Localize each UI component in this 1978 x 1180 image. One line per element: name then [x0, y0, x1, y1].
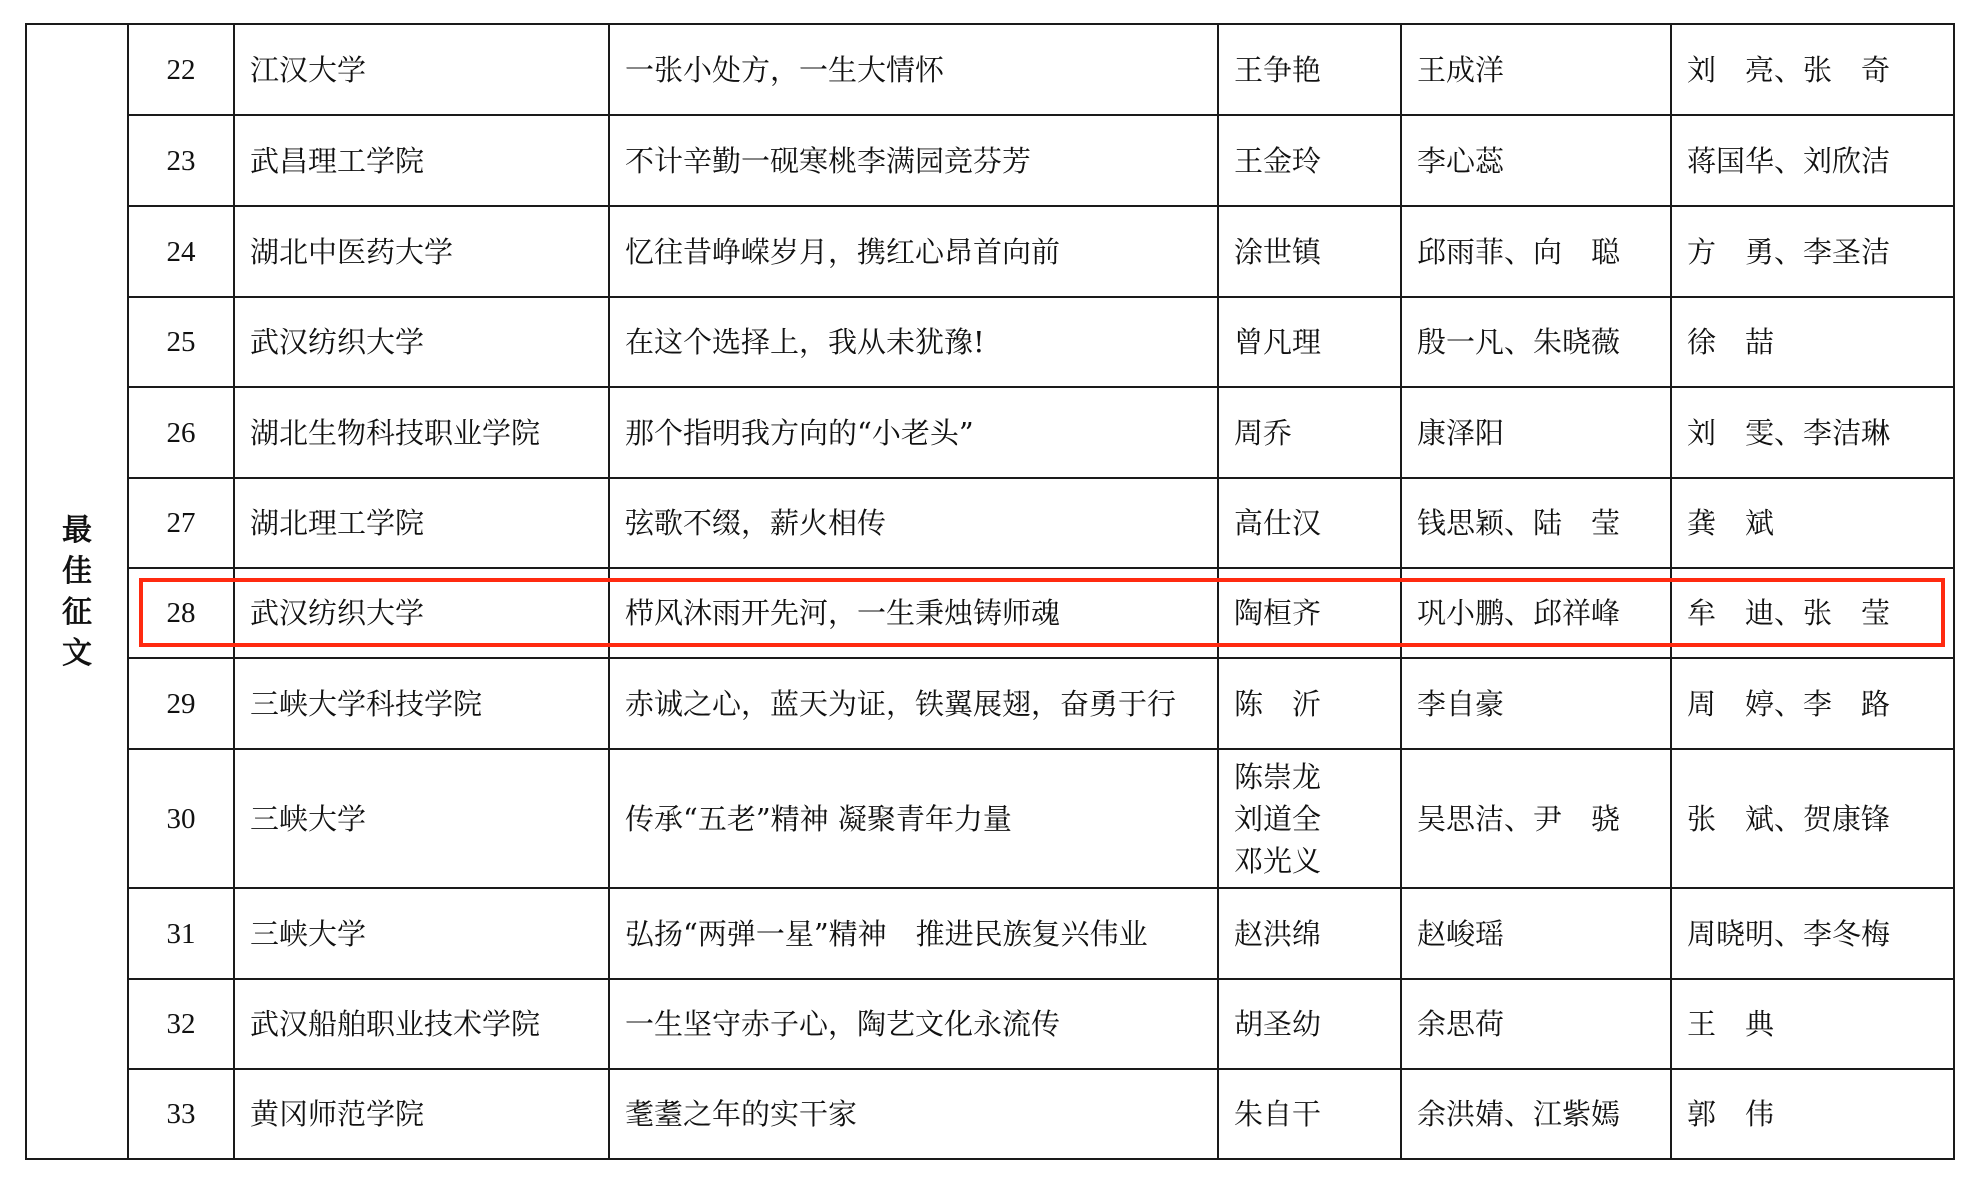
subject-name: 涂世镇 — [1218, 206, 1401, 297]
subject-name: 陶桓齐 — [1218, 568, 1401, 658]
advisors: 周晓明、李冬梅 — [1671, 888, 1954, 979]
table-row: 27 湖北理工学院 弦歌不缀，薪火相传 高仕汉 钱思颖、陆 莹 龚 斌 — [26, 478, 1954, 568]
authors: 钱思颖、陆 莹 — [1401, 478, 1671, 568]
school-name: 武汉船舶职业技术学院 — [234, 979, 609, 1069]
subject-name: 王金玲 — [1218, 115, 1401, 206]
authors: 余洪婧、江紫嫣 — [1401, 1069, 1671, 1159]
row-number: 27 — [128, 478, 234, 568]
school-name: 三峡大学 — [234, 888, 609, 979]
row-number: 22 — [128, 24, 234, 115]
subject-name: 王争艳 — [1218, 24, 1401, 115]
essay-title: 不计辛勤一砚寒桃李满园竞芬芳 — [609, 115, 1218, 206]
essay-title: 一张小处方，一生大情怀 — [609, 24, 1218, 115]
advisors: 徐 喆 — [1671, 297, 1954, 387]
row-number: 29 — [128, 658, 234, 749]
essay-title: 栉风沐雨开先河，一生秉烛铸师魂 — [609, 568, 1218, 658]
table-row: 30 三峡大学 传承“五老”精神 凝聚青年力量 陈崇龙 刘道全 邓光义 吴思洁、… — [26, 749, 1954, 888]
row-number: 26 — [128, 387, 234, 478]
advisors: 蒋国华、刘欣洁 — [1671, 115, 1954, 206]
advisors: 方 勇、李圣洁 — [1671, 206, 1954, 297]
row-number: 24 — [128, 206, 234, 297]
table-row: 26 湖北生物科技职业学院 那个指明我方向的“小老头” 周乔 康泽阳 刘 雯、李… — [26, 387, 1954, 478]
advisors: 牟 迪、张 莹 — [1671, 568, 1954, 658]
essay-title: 赤诚之心，蓝天为证，铁翼展翅，奋勇于行 — [609, 658, 1218, 749]
table-row: 25 武汉纺织大学 在这个选择上，我从未犹豫! 曾凡理 殷一凡、朱晓薇 徐 喆 — [26, 297, 1954, 387]
essay-title: 在这个选择上，我从未犹豫! — [609, 297, 1218, 387]
advisors: 龚 斌 — [1671, 478, 1954, 568]
authors: 李心蕊 — [1401, 115, 1671, 206]
school-name: 武昌理工学院 — [234, 115, 609, 206]
authors: 余思荷 — [1401, 979, 1671, 1069]
school-name: 三峡大学 — [234, 749, 609, 888]
row-number: 30 — [128, 749, 234, 888]
table-row: 29 三峡大学科技学院 赤诚之心，蓝天为证，铁翼展翅，奋勇于行 陈 沂 李自豪 … — [26, 658, 1954, 749]
school-name: 湖北理工学院 — [234, 478, 609, 568]
advisors: 刘 亮、张 奇 — [1671, 24, 1954, 115]
school-name: 黄冈师范学院 — [234, 1069, 609, 1159]
row-number: 25 — [128, 297, 234, 387]
authors: 巩小鹏、邱祥峰 — [1401, 568, 1671, 658]
authors: 康泽阳 — [1401, 387, 1671, 478]
essay-title: 耄耋之年的实干家 — [609, 1069, 1218, 1159]
subject-name: 曾凡理 — [1218, 297, 1401, 387]
subject-name: 赵洪绵 — [1218, 888, 1401, 979]
subject-name: 胡圣幼 — [1218, 979, 1401, 1069]
table-row: 24 湖北中医药大学 忆往昔峥嵘岁月，携红心昂首向前 涂世镇 邱雨菲、向 聪 方… — [26, 206, 1954, 297]
subject-name: 周乔 — [1218, 387, 1401, 478]
subject-name: 陈 沂 — [1218, 658, 1401, 749]
row-number: 33 — [128, 1069, 234, 1159]
school-name: 江汉大学 — [234, 24, 609, 115]
advisors: 刘 雯、李洁琳 — [1671, 387, 1954, 478]
row-number: 23 — [128, 115, 234, 206]
authors: 殷一凡、朱晓薇 — [1401, 297, 1671, 387]
essay-title: 传承“五老”精神 凝聚青年力量 — [609, 749, 1218, 888]
advisors: 张 斌、贺康锋 — [1671, 749, 1954, 888]
table-row: 23 武昌理工学院 不计辛勤一砚寒桃李满园竞芬芳 王金玲 李心蕊 蒋国华、刘欣洁 — [26, 115, 1954, 206]
row-number: 32 — [128, 979, 234, 1069]
school-name: 三峡大学科技学院 — [234, 658, 609, 749]
advisors: 周 婷、李 路 — [1671, 658, 1954, 749]
row-number: 28 — [128, 568, 234, 658]
essay-title: 那个指明我方向的“小老头” — [609, 387, 1218, 478]
row-number: 31 — [128, 888, 234, 979]
authors: 赵峻瑶 — [1401, 888, 1671, 979]
authors: 李自豪 — [1401, 658, 1671, 749]
school-name: 湖北生物科技职业学院 — [234, 387, 609, 478]
table-row: 32 武汉船舶职业技术学院 一生坚守赤子心，陶艺文化永流传 胡圣幼 余思荷 王 … — [26, 979, 1954, 1069]
table-row-highlighted: 28 武汉纺织大学 栉风沐雨开先河，一生秉烛铸师魂 陶桓齐 巩小鹏、邱祥峰 牟 … — [26, 568, 1954, 658]
school-name: 湖北中医药大学 — [234, 206, 609, 297]
awards-table: 最佳征文 22 江汉大学 一张小处方，一生大情怀 王争艳 王成洋 刘 亮、张 奇… — [25, 23, 1955, 1160]
table-row: 最佳征文 22 江汉大学 一张小处方，一生大情怀 王争艳 王成洋 刘 亮、张 奇 — [26, 24, 1954, 115]
subject-name: 高仕汉 — [1218, 478, 1401, 568]
school-name: 武汉纺织大学 — [234, 568, 609, 658]
subject-name: 朱自干 — [1218, 1069, 1401, 1159]
essay-title: 弘扬“两弹一星”精神 推进民族复兴伟业 — [609, 888, 1218, 979]
subject-name: 陈崇龙 刘道全 邓光义 — [1218, 749, 1401, 888]
category-label: 最佳征文 — [60, 510, 94, 674]
table-row: 33 黄冈师范学院 耄耋之年的实干家 朱自干 余洪婧、江紫嫣 郭 伟 — [26, 1069, 1954, 1159]
school-name: 武汉纺织大学 — [234, 297, 609, 387]
authors: 王成洋 — [1401, 24, 1671, 115]
table-row: 31 三峡大学 弘扬“两弹一星”精神 推进民族复兴伟业 赵洪绵 赵峻瑶 周晓明、… — [26, 888, 1954, 979]
essay-title: 忆往昔峥嵘岁月，携红心昂首向前 — [609, 206, 1218, 297]
category-cell: 最佳征文 — [26, 24, 128, 1159]
authors: 邱雨菲、向 聪 — [1401, 206, 1671, 297]
authors: 吴思洁、尹 骁 — [1401, 749, 1671, 888]
advisors: 郭 伟 — [1671, 1069, 1954, 1159]
essay-title: 一生坚守赤子心，陶艺文化永流传 — [609, 979, 1218, 1069]
advisors: 王 典 — [1671, 979, 1954, 1069]
essay-title: 弦歌不缀，薪火相传 — [609, 478, 1218, 568]
